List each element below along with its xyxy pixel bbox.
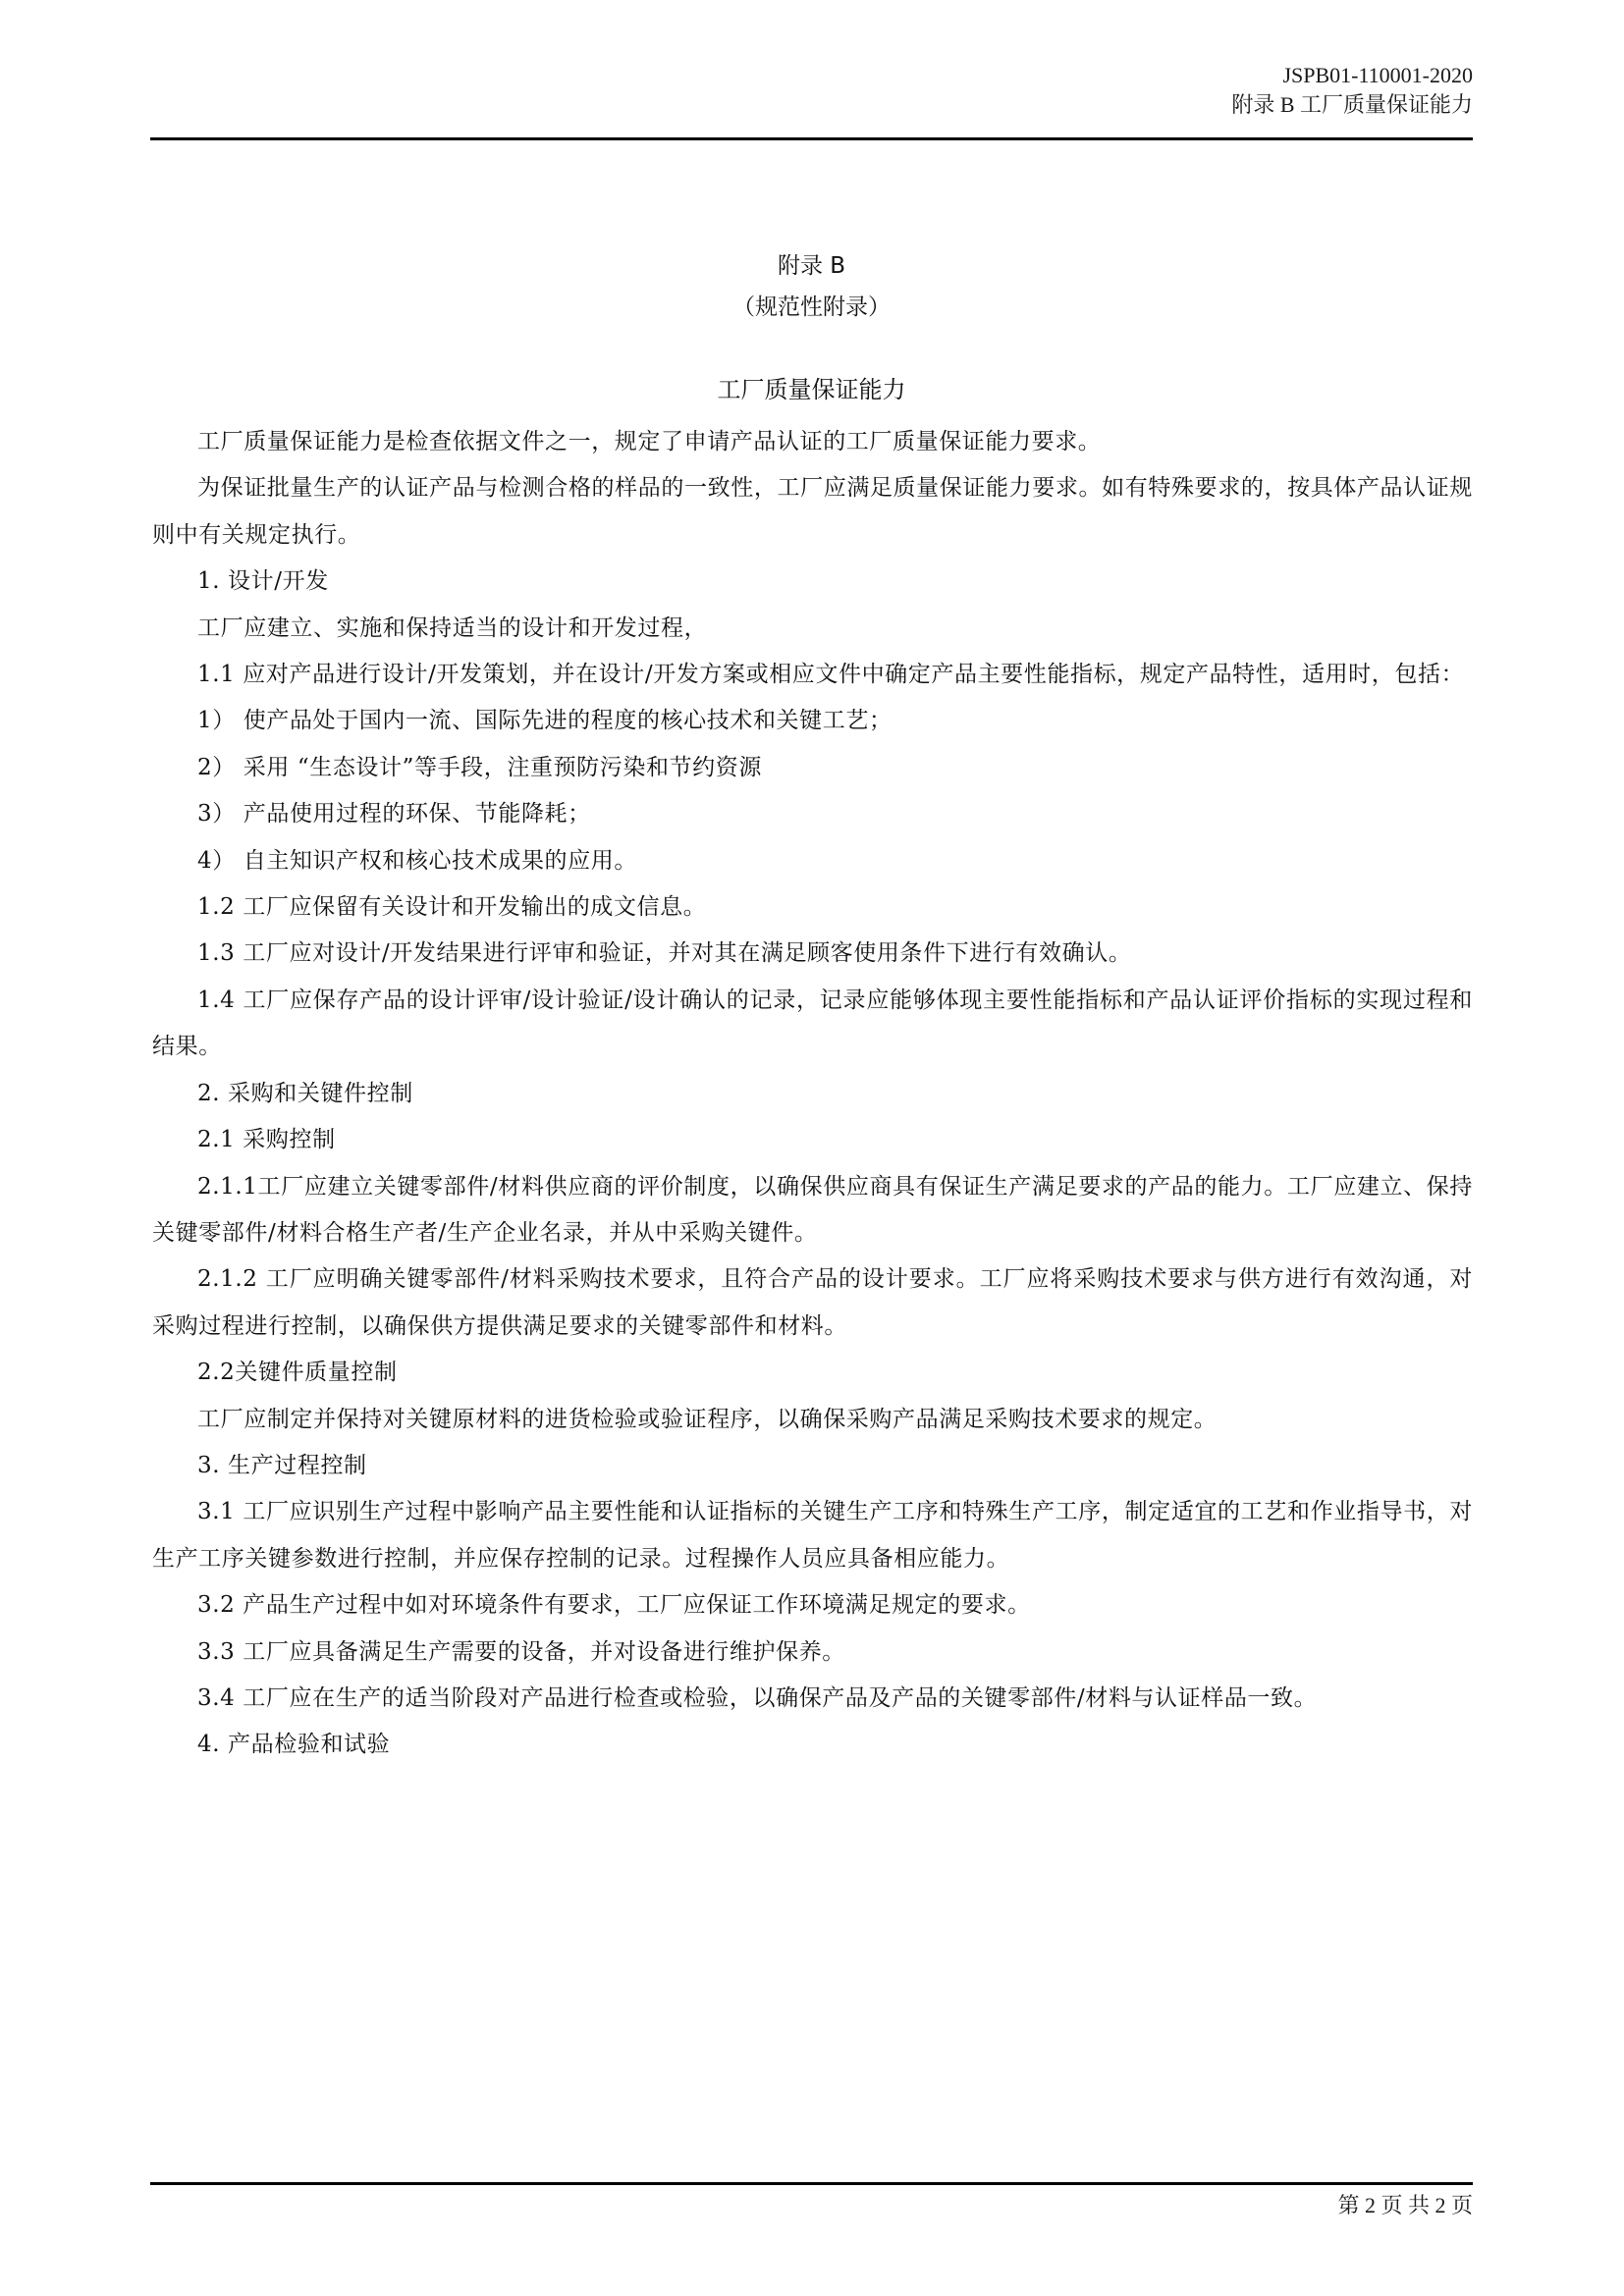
subsection-heading: 2.1 采购控制 [152, 1117, 1473, 1163]
document-page: JSPB01-110001-2020 附录 B 工厂质量保证能力 附录 B （规… [0, 0, 1624, 2296]
paragraph: 工厂应制定并保持对关键原材料的进货检验或验证程序，以确保采购产品满足采购技术要求… [152, 1397, 1473, 1443]
paragraph: 1.3 工厂应对设计/开发结果进行评审和验证，并对其在满足顾客使用条件下进行有效… [152, 931, 1473, 977]
paragraph: 工厂质量保证能力是检查依据文件之一，规定了申请产品认证的工厂质量保证能力要求。 [152, 419, 1473, 465]
paragraph: 1.4 工厂应保存产品的设计评审/设计验证/设计确认的记录，记录应能够体现主要性… [152, 978, 1473, 1071]
paragraph: 3.2 产品生产过程中如对环境条件有要求，工厂应保证工作环境满足规定的要求。 [152, 1582, 1473, 1629]
page-number: 第 2 页 共 2 页 [150, 2191, 1473, 2220]
document-body: 工厂质量保证能力是检查依据文件之一，规定了申请产品认证的工厂质量保证能力要求。 … [152, 419, 1473, 1769]
page-title: 工厂质量保证能力 [150, 373, 1473, 406]
paragraph: 工厂应建立、实施和保持适当的设计和开发过程， [152, 606, 1473, 652]
paragraph: 为保证批量生产的认证产品与检测合格的样品的一致性，工厂应满足质量保证能力要求。如… [152, 465, 1473, 559]
section-heading: 4. 产品检验和试验 [152, 1722, 1473, 1768]
appendix-label: 附录 B [150, 249, 1473, 283]
list-item: 2） 采用 “生态设计”等手段，注重预防污染和节约资源 [152, 745, 1473, 791]
list-item: 4） 自主知识产权和核心技术成果的应用。 [152, 838, 1473, 884]
paragraph: 1.2 工厂应保留有关设计和开发输出的成文信息。 [152, 884, 1473, 931]
running-title: 附录 B 工厂质量保证能力 [150, 90, 1473, 120]
page-header: JSPB01-110001-2020 附录 B 工厂质量保证能力 [150, 61, 1473, 120]
paragraph: 1.1 应对产品进行设计/开发策划，并在设计/开发方案或相应文件中确定产品主要性… [152, 652, 1473, 698]
appendix-type: （规范性附录） [150, 291, 1473, 324]
footer-rule [150, 2182, 1473, 2185]
list-item: 3） 产品使用过程的环保、节能降耗； [152, 791, 1473, 837]
section-heading: 2. 采购和关键件控制 [152, 1071, 1473, 1117]
section-heading: 1. 设计/开发 [152, 559, 1473, 605]
section-heading: 3. 生产过程控制 [152, 1443, 1473, 1489]
header-rule [150, 137, 1473, 140]
paragraph: 3.1 工厂应识别生产过程中影响产品主要性能和认证指标的关键生产工序和特殊生产工… [152, 1489, 1473, 1582]
paragraph: 2.1.1工厂应建立关键零部件/材料供应商的评价制度，以确保供应商具有保证生产满… [152, 1164, 1473, 1257]
subsection-heading: 2.2关键件质量控制 [152, 1350, 1473, 1396]
list-item: 1） 使产品处于国内一流、国际先进的程度的核心技术和关键工艺； [152, 698, 1473, 744]
paragraph: 3.4 工厂应在生产的适当阶段对产品进行检查或检验，以确保产品及产品的关键零部件… [152, 1676, 1473, 1722]
paragraph: 3.3 工厂应具备满足生产需要的设备，并对设备进行维护保养。 [152, 1629, 1473, 1676]
page-footer: 第 2 页 共 2 页 [150, 2191, 1473, 2220]
document-code: JSPB01-110001-2020 [150, 61, 1473, 90]
paragraph: 2.1.2 工厂应明确关键零部件/材料采购技术要求，且符合产品的设计要求。工厂应… [152, 1256, 1473, 1350]
